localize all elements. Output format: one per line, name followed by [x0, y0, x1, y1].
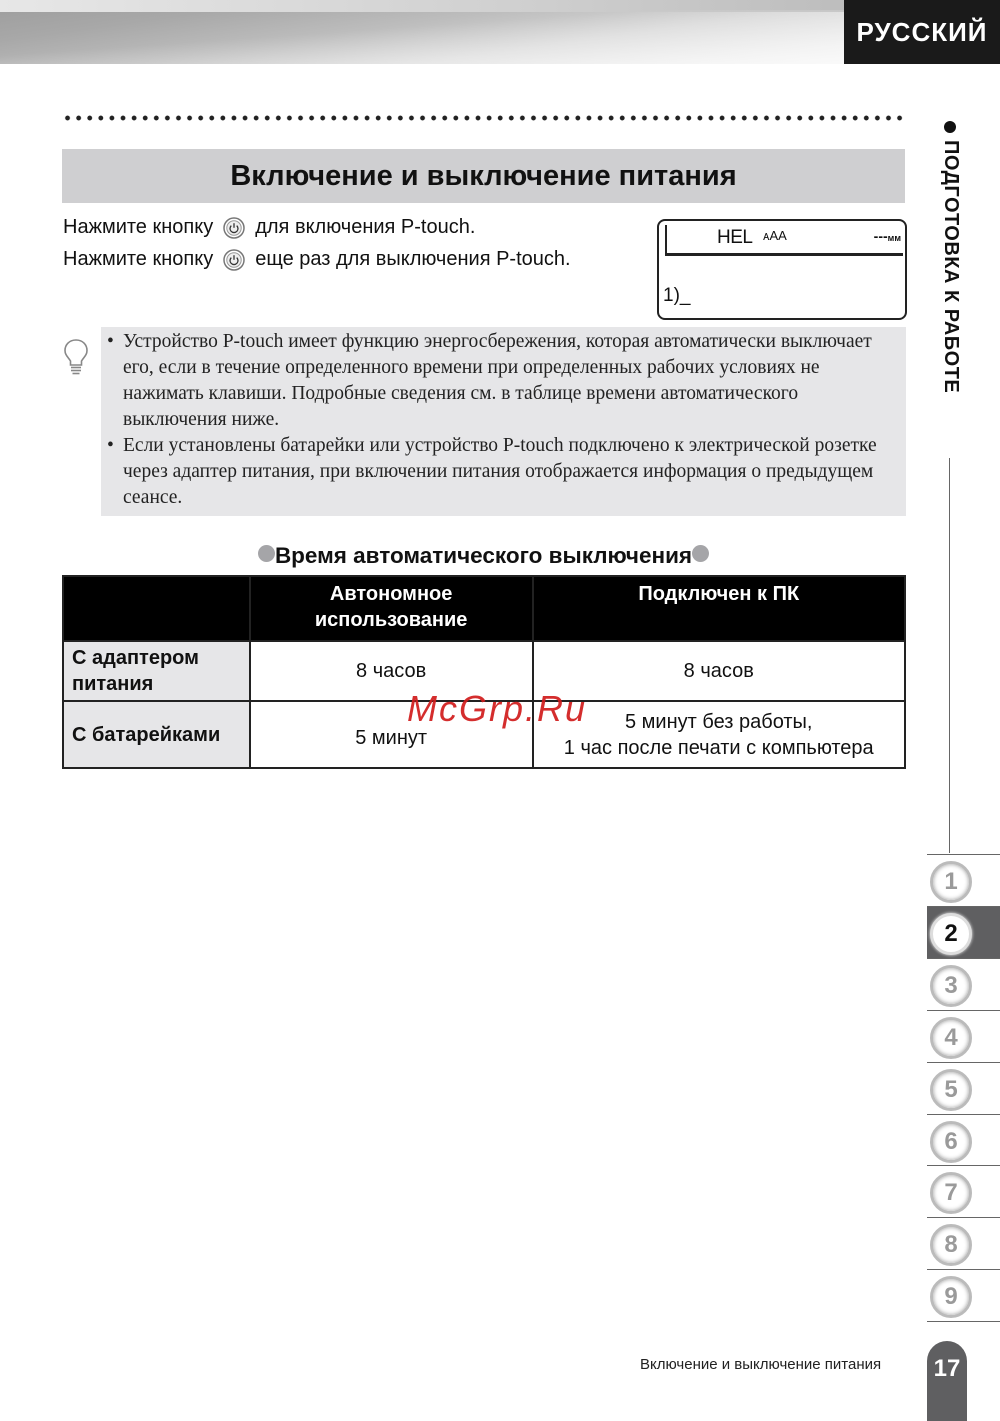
instruction-text: еще раз для выключения P-touch.: [255, 248, 570, 271]
footer-section-name: Включение и выключение питания: [640, 1356, 881, 1373]
lcd-font-name: HEL: [717, 227, 752, 249]
chapter-bullet-icon: [944, 121, 956, 133]
chapter-number-icon: 6: [930, 1121, 972, 1163]
instruction-text: для включения P-touch.: [255, 216, 475, 239]
cell-pc: 8 часов: [533, 641, 906, 701]
chapter-tab-2[interactable]: 2: [927, 906, 1000, 958]
chapter-tab-3[interactable]: 3: [927, 958, 1000, 1010]
note-item: Устройство P-touch имеет функцию энергос…: [107, 329, 897, 433]
chapter-tab-1[interactable]: 1: [927, 854, 1000, 906]
row-label: С адаптером питания: [63, 641, 250, 701]
chapter-number-icon: 5: [930, 1069, 972, 1111]
row-label: С батарейками: [63, 701, 250, 768]
instruction-power-off: Нажмите кнопку еще раз для выключения P-…: [63, 248, 571, 271]
chapter-tab-7[interactable]: 7: [927, 1165, 1000, 1217]
lcd-length: ---мм: [874, 228, 901, 244]
table-header-row: Автономное использование Подключен к ПК: [63, 576, 905, 641]
bullet-dot-icon: [692, 545, 709, 562]
table-header-cell: [63, 576, 250, 641]
table-title-text: Время автоматического выключения: [275, 543, 692, 568]
chapter-number-icon: 2: [930, 913, 972, 955]
power-button-icon: [223, 249, 245, 271]
sidebar-rule: [949, 458, 950, 853]
chapter-number-icon: 4: [930, 1017, 972, 1059]
power-button-icon: [223, 217, 245, 239]
table-title: Время автоматического выключения: [62, 543, 905, 569]
language-badge: РУССКИЙ: [844, 0, 1000, 64]
tab-divider: [927, 1321, 1000, 1322]
chapter-label: ПОДГОТОВКА К РАБОТЕ: [939, 140, 962, 393]
lcd-status-bar: HEL ᴀAA ---мм: [665, 225, 903, 256]
chapter-tab-5[interactable]: 5: [927, 1062, 1000, 1114]
page-number: 17: [927, 1341, 967, 1421]
table-header-cell: Подключен к ПК: [533, 576, 906, 641]
chapter-number-icon: 8: [930, 1224, 972, 1266]
chapter-number-icon: 3: [930, 965, 972, 1007]
lightbulb-icon: [62, 337, 90, 377]
note-item: Если установлены батарейки или устройств…: [107, 433, 897, 511]
chapter-number-icon: 1: [930, 861, 972, 903]
cell-pc: 5 минут без работы, 1 час после печати с…: [533, 701, 906, 768]
section-title: Включение и выключение питания: [62, 149, 905, 203]
lcd-length-unit: мм: [888, 233, 901, 243]
chapter-tab-8[interactable]: 8: [927, 1217, 1000, 1269]
lcd-text-line: 1)_: [663, 285, 690, 307]
lcd-size-indicator: ᴀAA: [763, 228, 787, 243]
bullet-dot-icon: [258, 545, 275, 562]
chapter-number-icon: 9: [930, 1276, 972, 1318]
chapter-tab-9[interactable]: 9: [927, 1269, 1000, 1321]
instruction-text: Нажмите кнопку: [63, 216, 213, 239]
note-list: Устройство P-touch имеет функцию энергос…: [107, 329, 897, 511]
chapter-number-icon: 7: [930, 1172, 972, 1214]
chapter-tab-6[interactable]: 6: [927, 1114, 1000, 1166]
instruction-text: Нажмите кнопку: [63, 248, 213, 271]
chapter-tab-4[interactable]: 4: [927, 1010, 1000, 1062]
instruction-power-on: Нажмите кнопку для включения P-touch.: [63, 216, 475, 239]
lcd-length-value: ---: [874, 228, 888, 244]
watermark: McGrp.Ru: [407, 688, 587, 730]
dotted-divider: [62, 114, 904, 122]
table-header-cell: Автономное использование: [250, 576, 533, 641]
auto-off-table: Автономное использование Подключен к ПК …: [62, 575, 906, 769]
lcd-display: HEL ᴀAA ---мм 1)_: [657, 219, 907, 320]
